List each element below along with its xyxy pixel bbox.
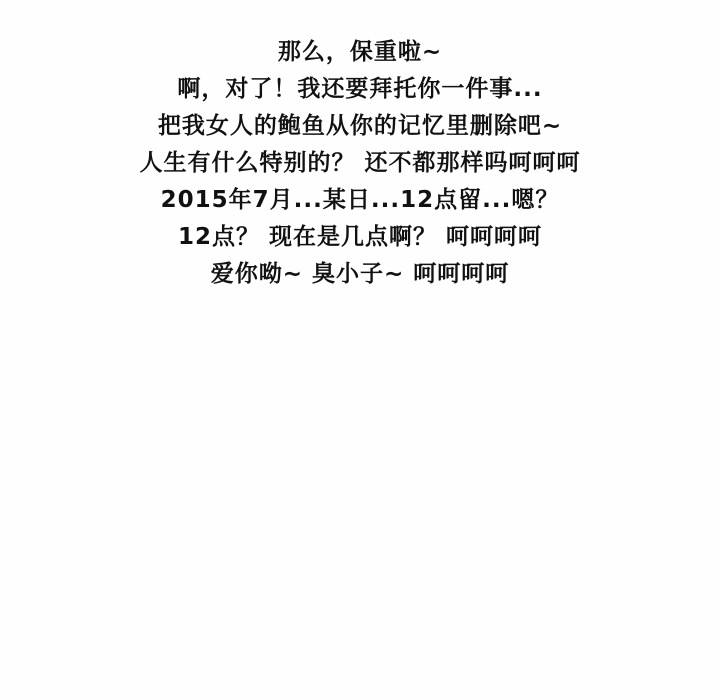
dialogue-line-4: 人生有什么特别的？ 还不都那样吗呵呵呵 <box>0 145 720 182</box>
dialogue-line-3: 把我女人的鲍鱼从你的记忆里删除吧~ <box>0 108 720 145</box>
dialogue-line-5: 2015年7月...某日...12点留...嗯？ <box>0 182 720 219</box>
dialogue-line-7: 爱你呦~ 臭小子~ 呵呵呵呵 <box>0 256 720 293</box>
dialogue-line-1: 那么，保重啦~ <box>0 34 720 71</box>
comic-panel: 那么，保重啦~ 啊，对了！我还要拜托你一件事... 把我女人的鲍鱼从你的记忆里删… <box>0 0 720 700</box>
dialogue-line-6: 12点？ 现在是几点啊？ 呵呵呵呵 <box>0 219 720 256</box>
dialogue-line-2: 啊，对了！我还要拜托你一件事... <box>0 71 720 108</box>
dialogue-text-block: 那么，保重啦~ 啊，对了！我还要拜托你一件事... 把我女人的鲍鱼从你的记忆里删… <box>0 34 720 293</box>
